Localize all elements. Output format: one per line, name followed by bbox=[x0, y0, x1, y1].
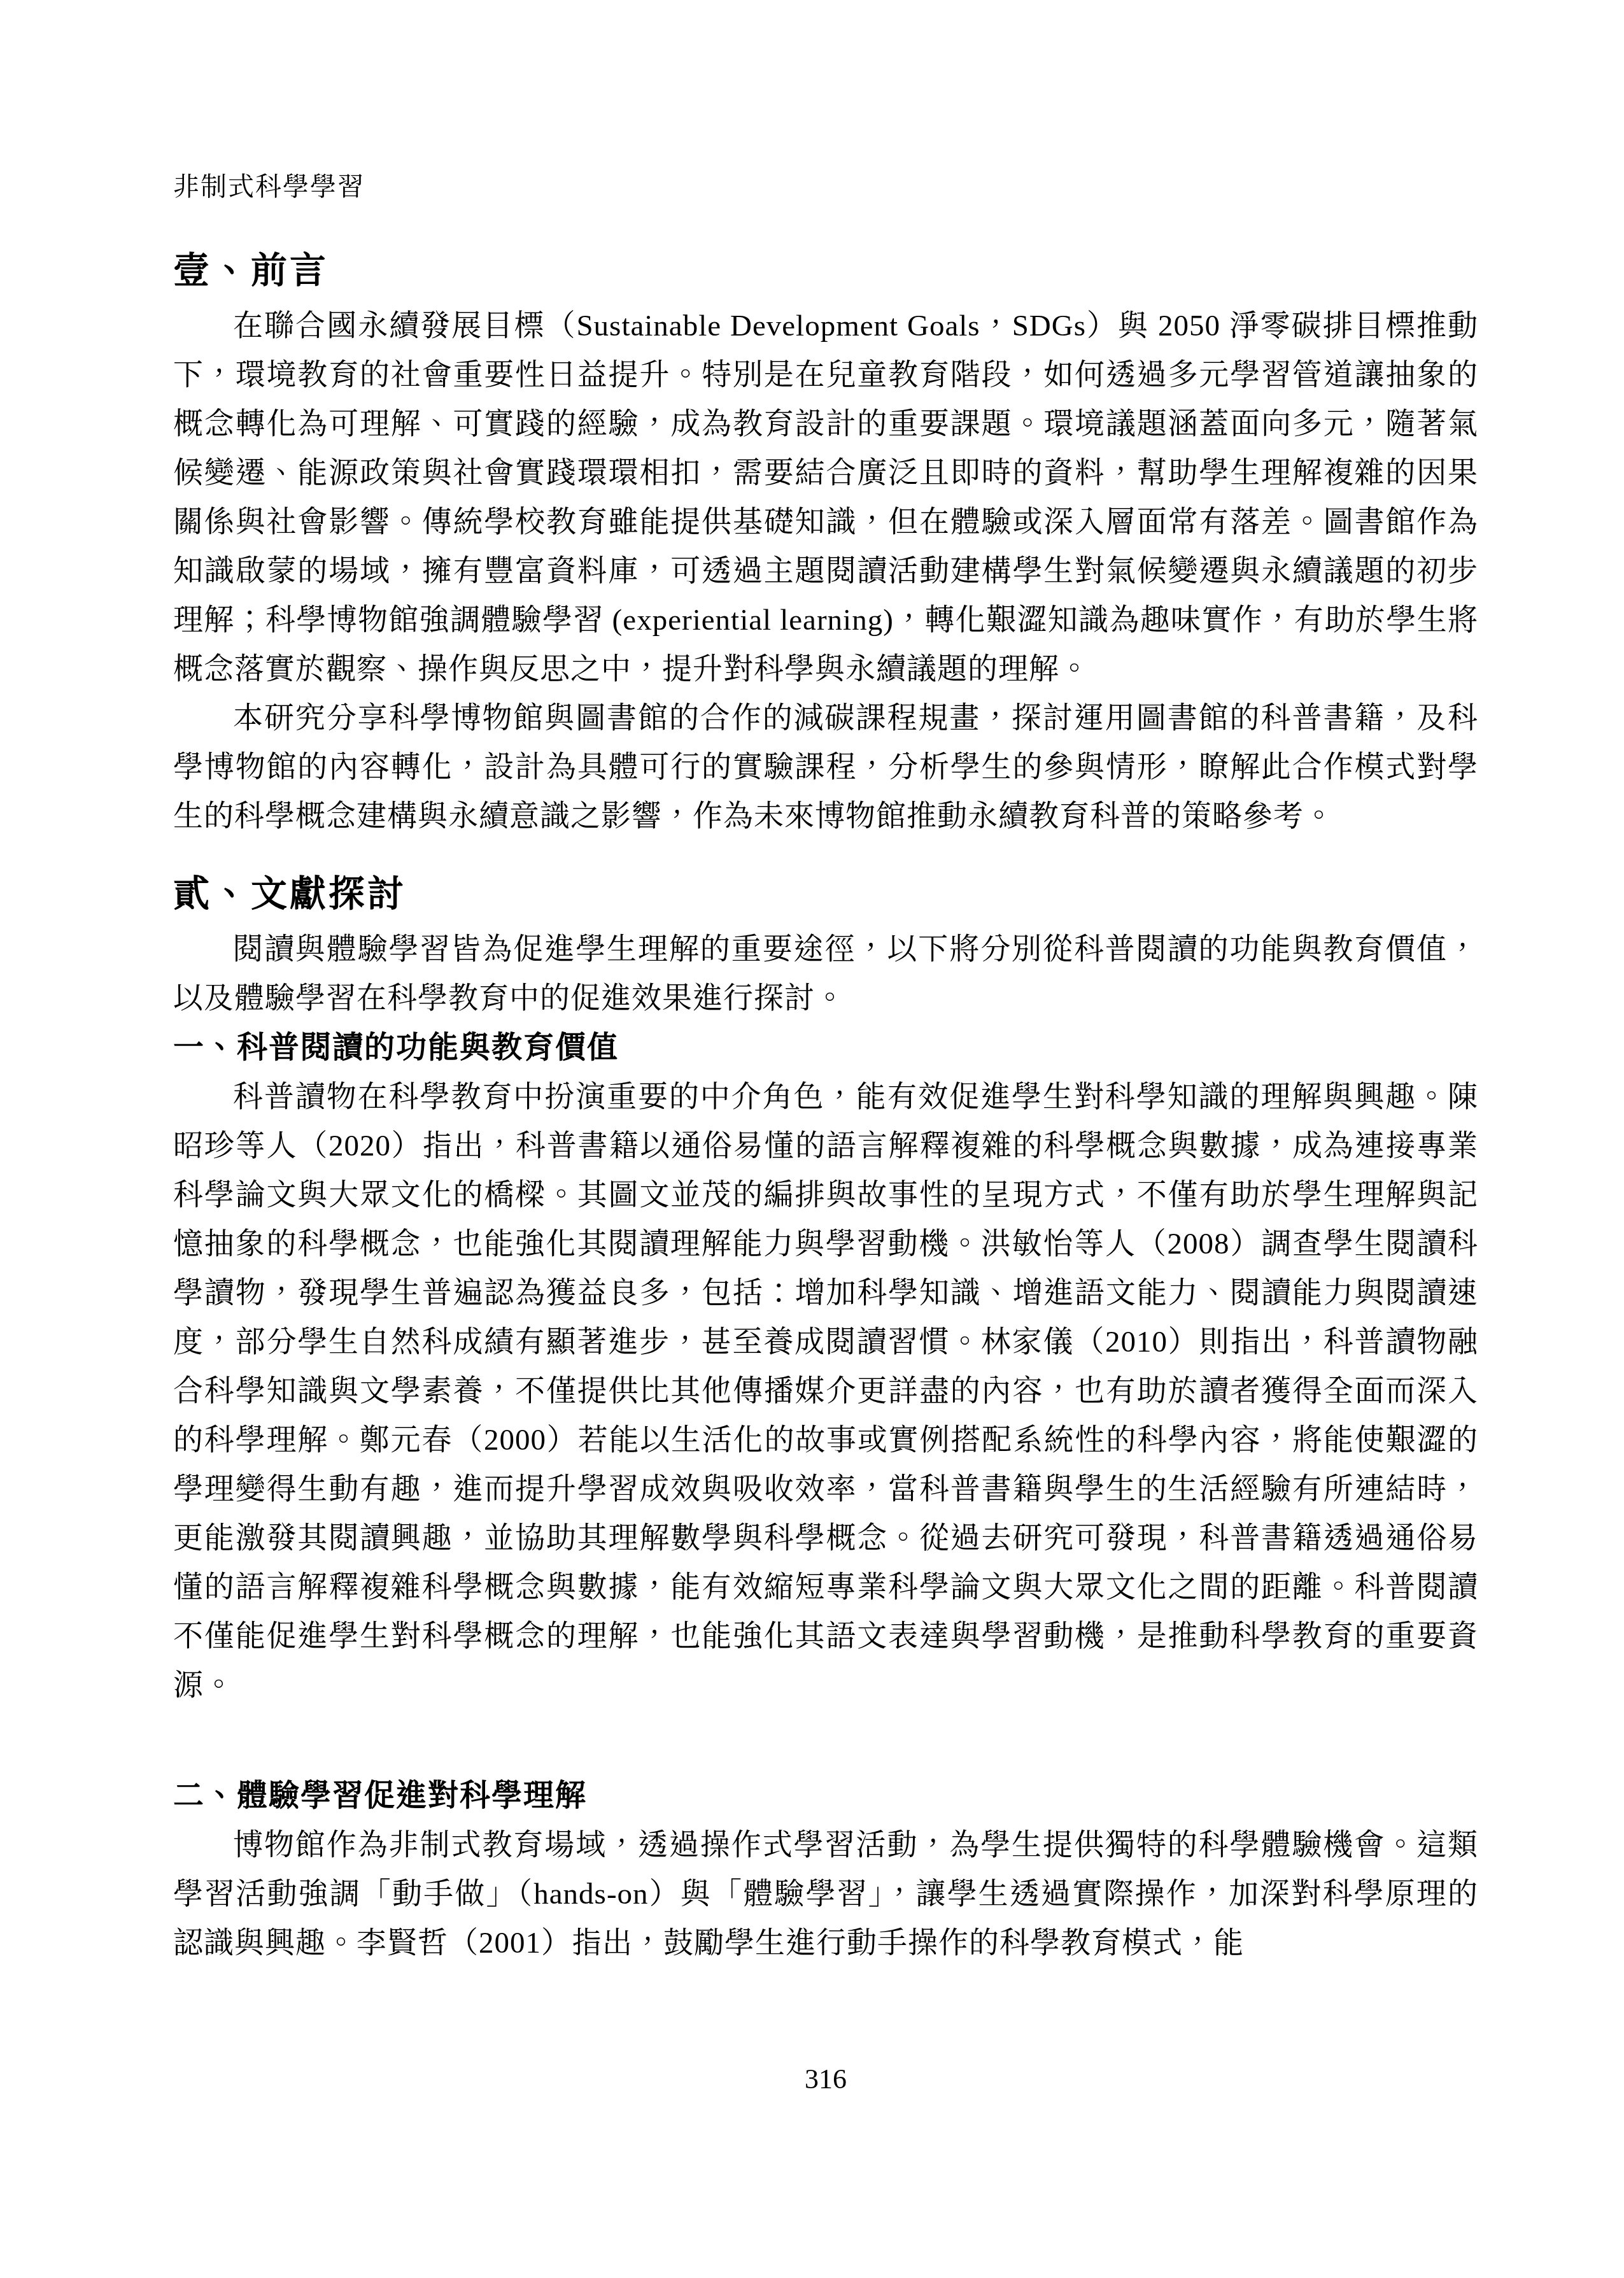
paragraph: 博物館作為非制式教育場域，透過操作式學習活動，為學生提供獨特的科學體驗機會。這類… bbox=[173, 1821, 1478, 1968]
section-title-literature-review: 貳、文獻探討 bbox=[173, 872, 1478, 917]
paragraph: 閱讀與體驗學習皆為促進學生理解的重要途徑，以下將分別從科普閱讀的功能與教育價值，… bbox=[173, 925, 1478, 1023]
subsection-title-popular-science-reading: 一、科普閱讀的功能與教育價值 bbox=[173, 1023, 1478, 1073]
page-content: 壹、前言 在聯合國永續發展目標（Sustainable Development … bbox=[173, 248, 1478, 1968]
running-header: 非制式科學學習 bbox=[173, 171, 365, 202]
paragraph: 在聯合國永續發展目標（Sustainable Development Goals… bbox=[173, 302, 1478, 694]
paragraph: 科普讀物在科學教育中扮演重要的中介角色，能有效促進學生對科學知識的理解與興趣。陳… bbox=[173, 1073, 1478, 1710]
page-footer: 316 bbox=[173, 2062, 1478, 2097]
subsection-title-experiential-learning: 二、體驗學習促進對科學理解 bbox=[173, 1771, 1478, 1821]
paragraph: 本研究分享科學博物館與圖書館的合作的減碳課程規畫，探討運用圖書館的科普書籍，及科… bbox=[173, 694, 1478, 841]
document-page: 非制式科學學習 壹、前言 在聯合國永續發展目標（Sustainable Deve… bbox=[0, 0, 1624, 2278]
page-number: 316 bbox=[805, 2063, 847, 2095]
section-title-introduction: 壹、前言 bbox=[173, 248, 1478, 294]
